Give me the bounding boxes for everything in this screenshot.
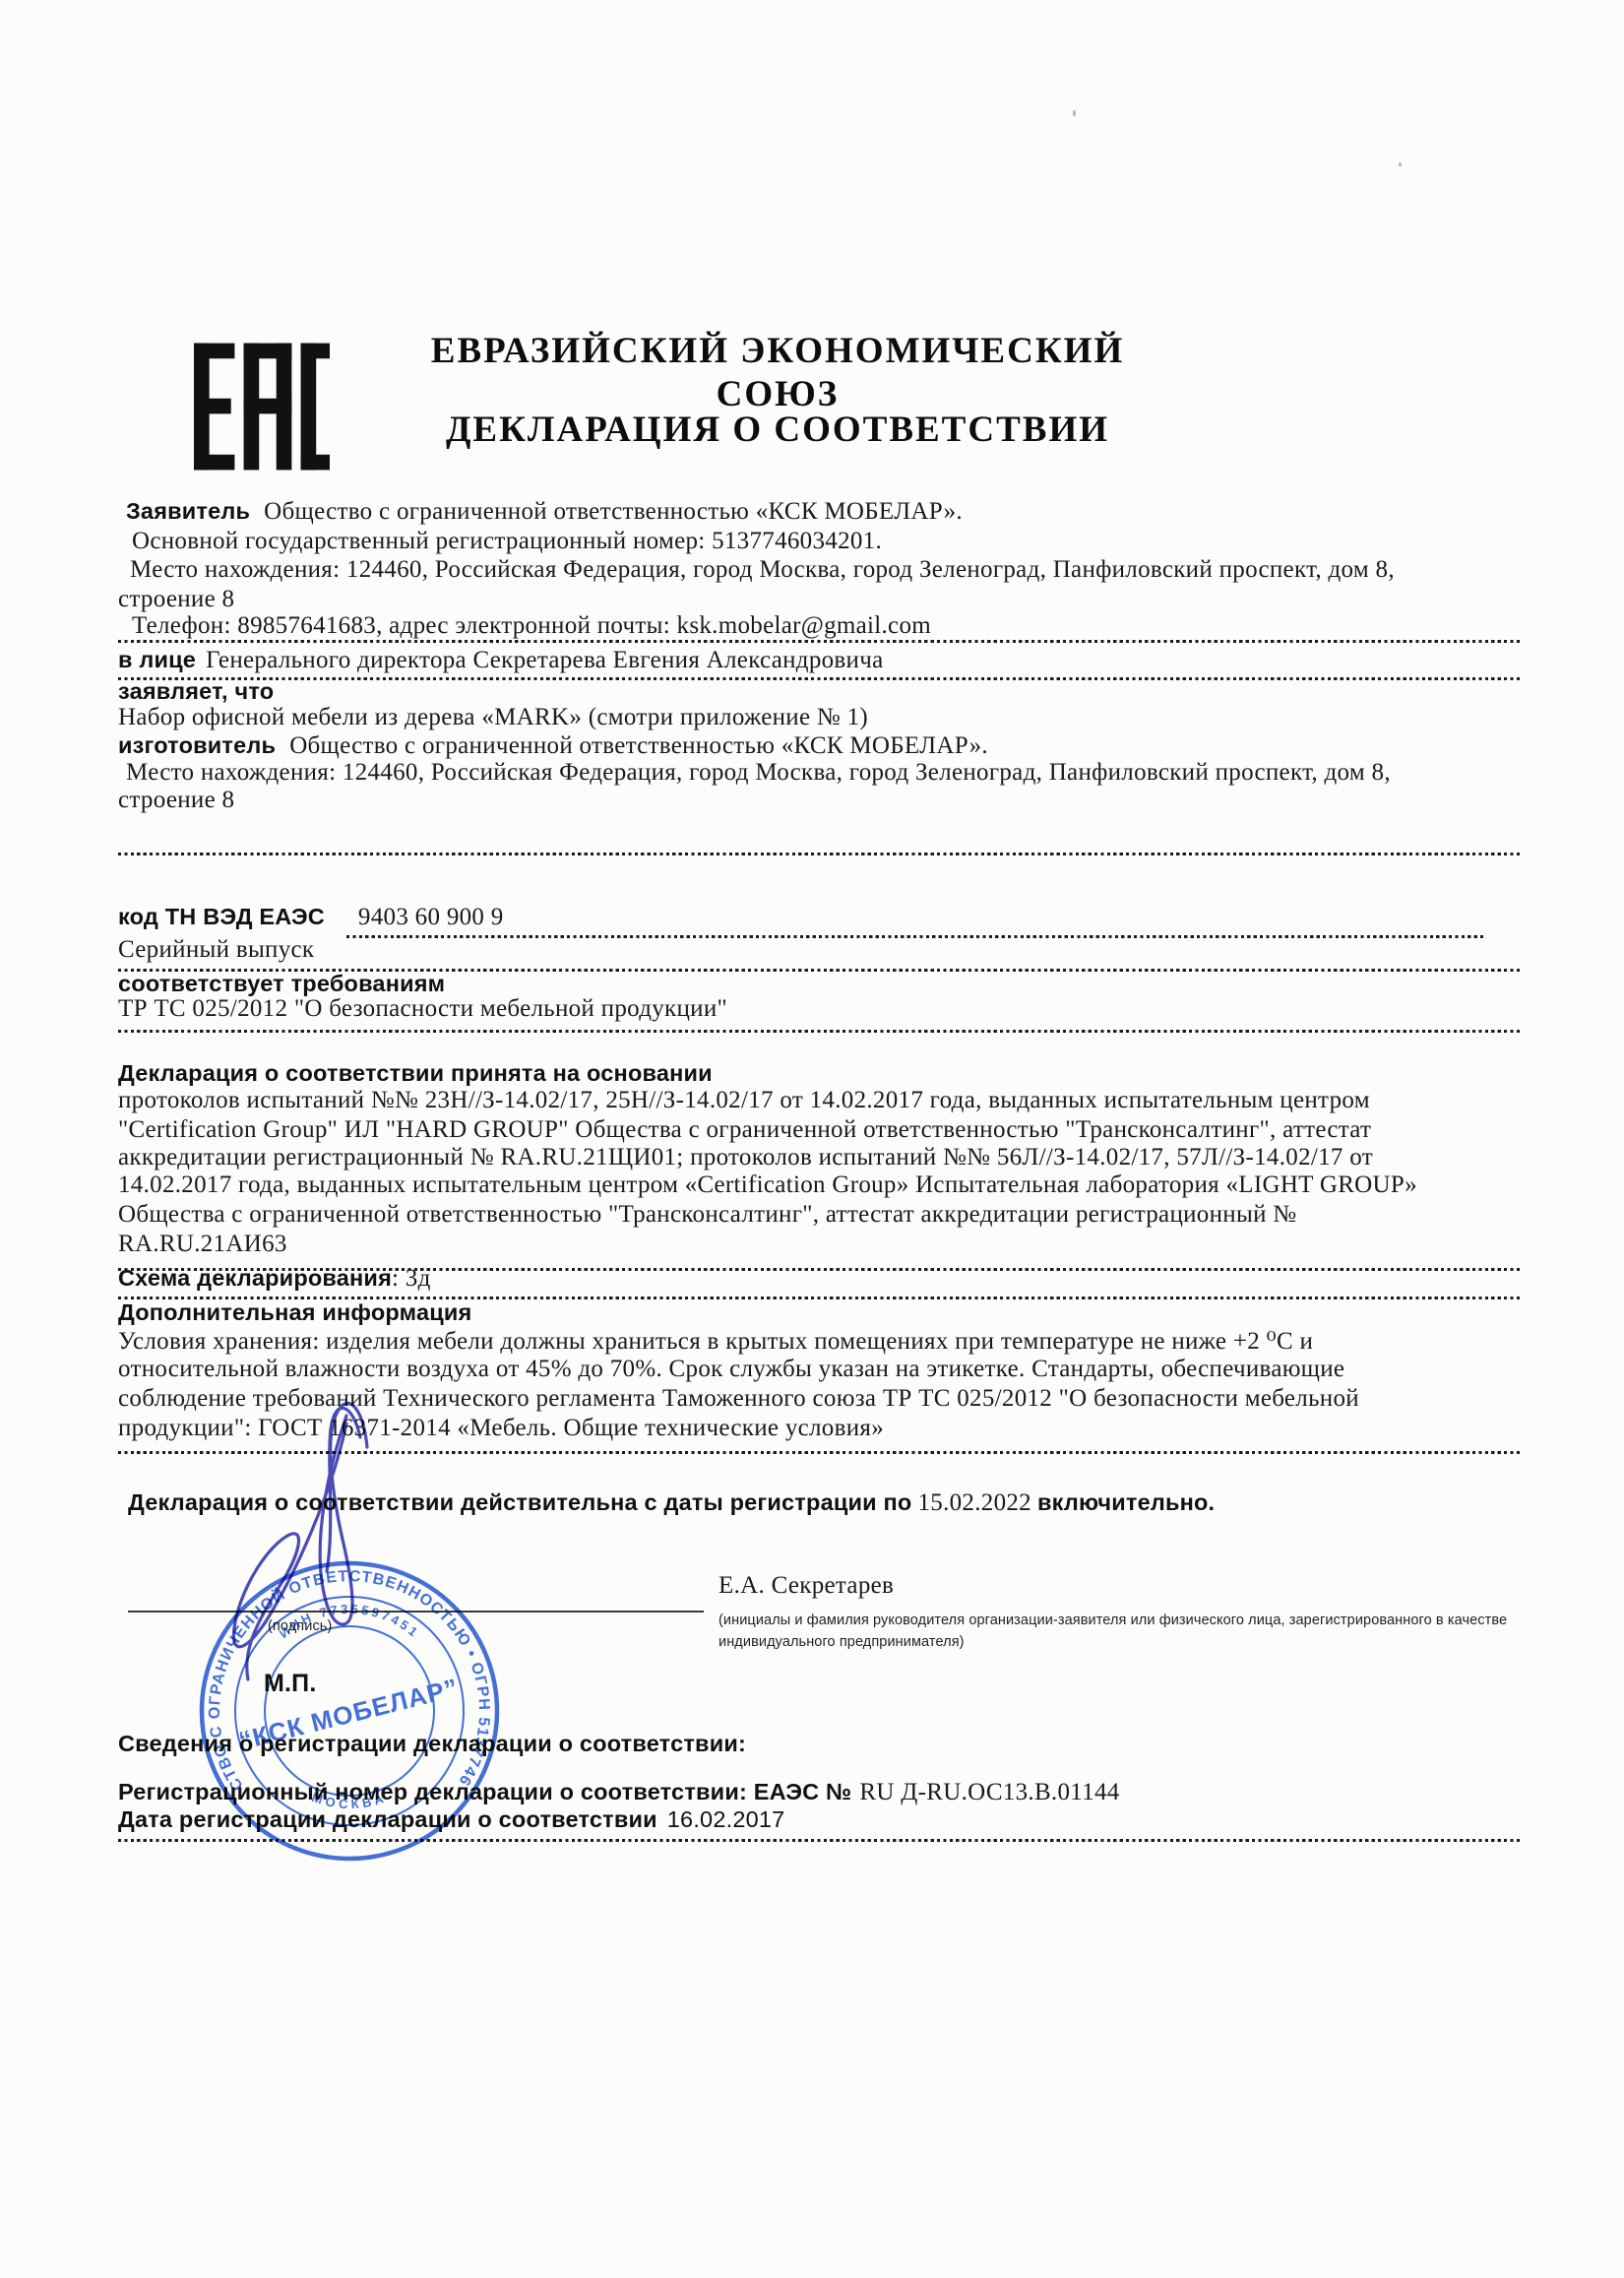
tnved-line: код ТН ВЭД ЕАЭС9403 60 900 9 [118, 904, 504, 931]
registration-number: RU Д-RU.ОС13.В.01144 [859, 1779, 1119, 1805]
dotted-rule [118, 640, 1521, 643]
dotted-rule [118, 1030, 1521, 1033]
stamp-city-text: МОСКВА [310, 1790, 389, 1811]
scan-speck [1399, 162, 1402, 166]
doc-title-line-3: ДЕКЛАРАЦИЯ О СООТВЕТСТВИИ [246, 409, 1309, 451]
basis-line: Общества с ограниченной ответственностью… [118, 1201, 1296, 1229]
tnved-label: код ТН ВЭД ЕАЭС [118, 904, 325, 929]
person-line: в лицеГенерального директора Секретарева… [118, 647, 883, 674]
dotted-rule [346, 935, 1486, 938]
manufacturer-line: изготовительОбщество с ограниченной отве… [118, 732, 988, 760]
applicant-address-1: Место нахождения: 124460, Российская Фед… [130, 556, 1395, 584]
applicant-phone: Телефон: 89857641683, адрес электронной … [132, 612, 931, 640]
serial-issue: Серийный выпуск [118, 936, 314, 964]
scheme-value: : 3д [392, 1265, 431, 1292]
person-name: Генерального директора Секретарева Евген… [206, 647, 883, 673]
signatory-note-1: (инициалы и фамилия руководителя организ… [718, 1613, 1507, 1628]
svg-text:МОСКВА: МОСКВА [310, 1790, 389, 1811]
manufacturer-label: изготовитель [118, 732, 276, 758]
basis-line: "Certification Group" ИЛ "HARD GROUP" Об… [118, 1116, 1371, 1144]
applicant-name: Общество с ограниченной ответственностью… [264, 498, 963, 525]
applicant-label: Заявитель [126, 498, 250, 524]
signatory-name: Е.А. Секретарев [718, 1572, 894, 1600]
manufacturer-address-1: Место нахождения: 124460, Российская Фед… [126, 759, 1391, 787]
registration-date: 16.02.2017 [667, 1806, 785, 1832]
manufacturer-address-2: строение 8 [118, 787, 234, 814]
basis-line: протоколов испытаний №№ 23Н//З-14.02/17,… [118, 1087, 1370, 1114]
scheme-label: Схема декларирования [118, 1265, 392, 1291]
manufacturer-name: Общество с ограниченной ответственностью… [289, 732, 988, 759]
doc-title-line-1: ЕВРАЗИЙСКИЙ ЭКОНОМИЧЕСКИЙ [246, 330, 1309, 372]
scan-speck [1073, 110, 1076, 116]
validity-suffix: включительно. [1037, 1489, 1215, 1515]
additional-label: Дополнительная информация [118, 1299, 471, 1326]
dotted-rule [118, 677, 1521, 680]
product-line: Набор офисной мебели из дерева «MARK» (с… [118, 704, 868, 731]
scheme-line: Схема декларирования: 3д [118, 1265, 431, 1293]
applicant-line: ЗаявительОбщество с ограниченной ответст… [126, 498, 963, 526]
person-label: в лице [118, 647, 196, 672]
compliance-label: соответствует требованиям [118, 971, 445, 997]
basis-label: Декларация о соответствии принята на осн… [118, 1060, 713, 1087]
signature-scribble [177, 1378, 472, 1703]
applicant-address-2: строение 8 [118, 586, 234, 613]
compliance-text: ТР ТС 025/2012 "О безопасности мебельной… [118, 995, 727, 1023]
declaration-document: ЕВРАЗИЙСКИЙ ЭКОНОМИЧЕСКИЙ СОЮЗ ДЕКЛАРАЦИ… [0, 0, 1624, 2278]
basis-line: RA.RU.21АИ63 [118, 1231, 287, 1258]
dotted-rule [118, 853, 1521, 855]
validity-date: 15.02.2022 [917, 1489, 1031, 1516]
states-label: заявляет, что [118, 678, 274, 705]
additional-line: Условия хранения: изделия мебели должны … [118, 1326, 1313, 1356]
basis-line: 14.02.2017 года, выданных испытательным … [118, 1171, 1417, 1199]
applicant-ogrn: Основной государственный регистрационный… [132, 528, 882, 555]
signatory-note-2: индивидуального предпринимателя) [718, 1634, 965, 1650]
tnved-code: 9403 60 900 9 [358, 904, 504, 930]
basis-line: аккредитации регистрационный № RA.RU.21Щ… [118, 1144, 1373, 1171]
